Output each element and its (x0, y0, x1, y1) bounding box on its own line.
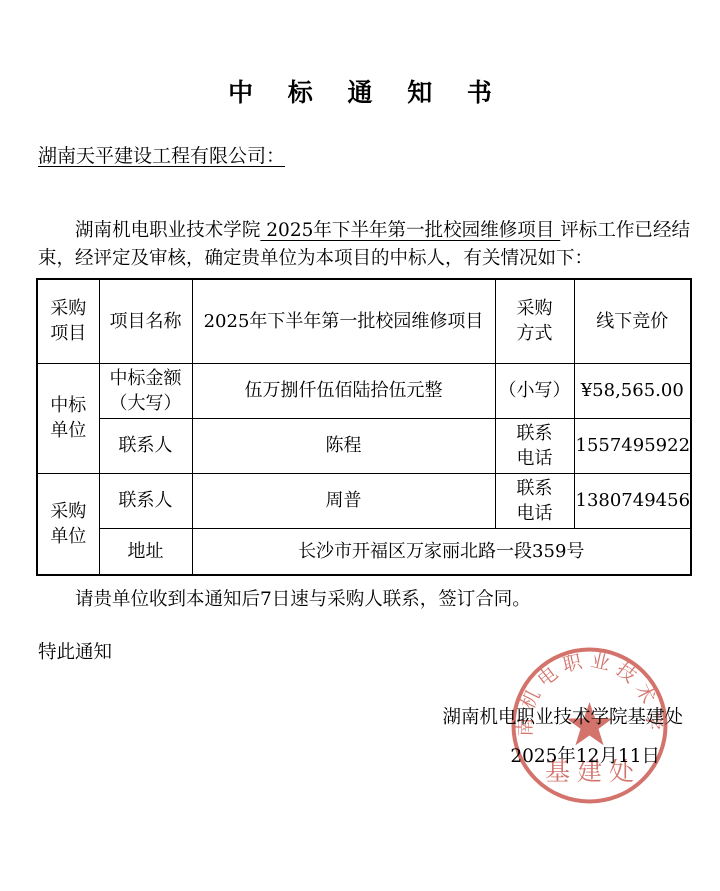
body-text-prefix: 湖南机电职业技术学院 (75, 220, 260, 241)
method-label: 采购 方式 (495, 279, 574, 363)
page-title: 中 标 通 知 书 (0, 73, 720, 109)
address-value: 长沙市开福区万家丽北路一段359号 (192, 528, 691, 575)
award-notice-document: 中 标 通 知 书 湖南天平建设工程有限公司： 湖南机电职业技术学院 2025年… (0, 0, 720, 891)
amount-cn-value: 伍万捌仟伍佰陆拾伍元整 (192, 363, 495, 418)
table-row: 联系人 陈程 联系 电话 15574959221 (37, 418, 691, 473)
winner-contact-value: 陈程 (192, 418, 495, 473)
amount-value: ¥58,565.00 (574, 363, 691, 418)
winner-phone-value: 15574959221 (574, 418, 691, 473)
project-name-label: 项目名称 (99, 279, 192, 363)
body-paragraph: 湖南机电职业技术学院 2025年下半年第一批校园维修项目 评标工作已经结束，经评… (38, 217, 690, 273)
amount-cn-label: 中标金额 （大写） (99, 363, 192, 418)
project-name-underlined: 2025年下半年第一批校园维修项目 (260, 220, 560, 241)
project-name-value: 2025年下半年第一批校园维修项目 (192, 279, 495, 363)
buyer-phone-value: 13807494561 (574, 473, 691, 528)
addressee-company: 湖南天平建设工程有限公司： (38, 141, 285, 168)
table-row: 中标 单位 中标金额 （大写） 伍万捌仟伍佰陆拾伍元整 （小写） ¥58,565… (37, 363, 691, 418)
buyer-phone-label: 联系 电话 (495, 473, 574, 528)
address-label: 地址 (99, 528, 192, 575)
table-row: 地址 长沙市开福区万家丽北路一段359号 (37, 528, 691, 575)
row-group-buyer: 采购 单位 (37, 473, 99, 575)
amount-small-label: （小写） (495, 363, 574, 418)
issue-date: 2025年12月11日 (510, 742, 660, 768)
table-row: 采购 单位 联系人 周普 联系 电话 13807494561 (37, 473, 691, 528)
award-info-table: 采购 项目 项目名称 2025年下半年第一批校园维修项目 采购 方式 线下竞价 … (36, 278, 692, 576)
row-group-project: 采购 项目 (37, 279, 99, 363)
method-value: 线下竞价 (574, 279, 691, 363)
buyer-contact-value: 周普 (192, 473, 495, 528)
row-group-winner: 中标 单位 (37, 363, 99, 473)
buyer-contact-label: 联系人 (99, 473, 192, 528)
winner-contact-label: 联系人 (99, 418, 192, 473)
winner-phone-label: 联系 电话 (495, 418, 574, 473)
closing-instruction: 请贵单位收到本通知后7日速与采购人联系，签订合同。 (38, 585, 690, 611)
notice-statement: 特此通知 (38, 638, 112, 664)
signer-department: 湖南机电职业技术学院基建处 (442, 703, 683, 729)
table-row: 采购 项目 项目名称 2025年下半年第一批校园维修项目 采购 方式 线下竞价 (37, 279, 691, 363)
